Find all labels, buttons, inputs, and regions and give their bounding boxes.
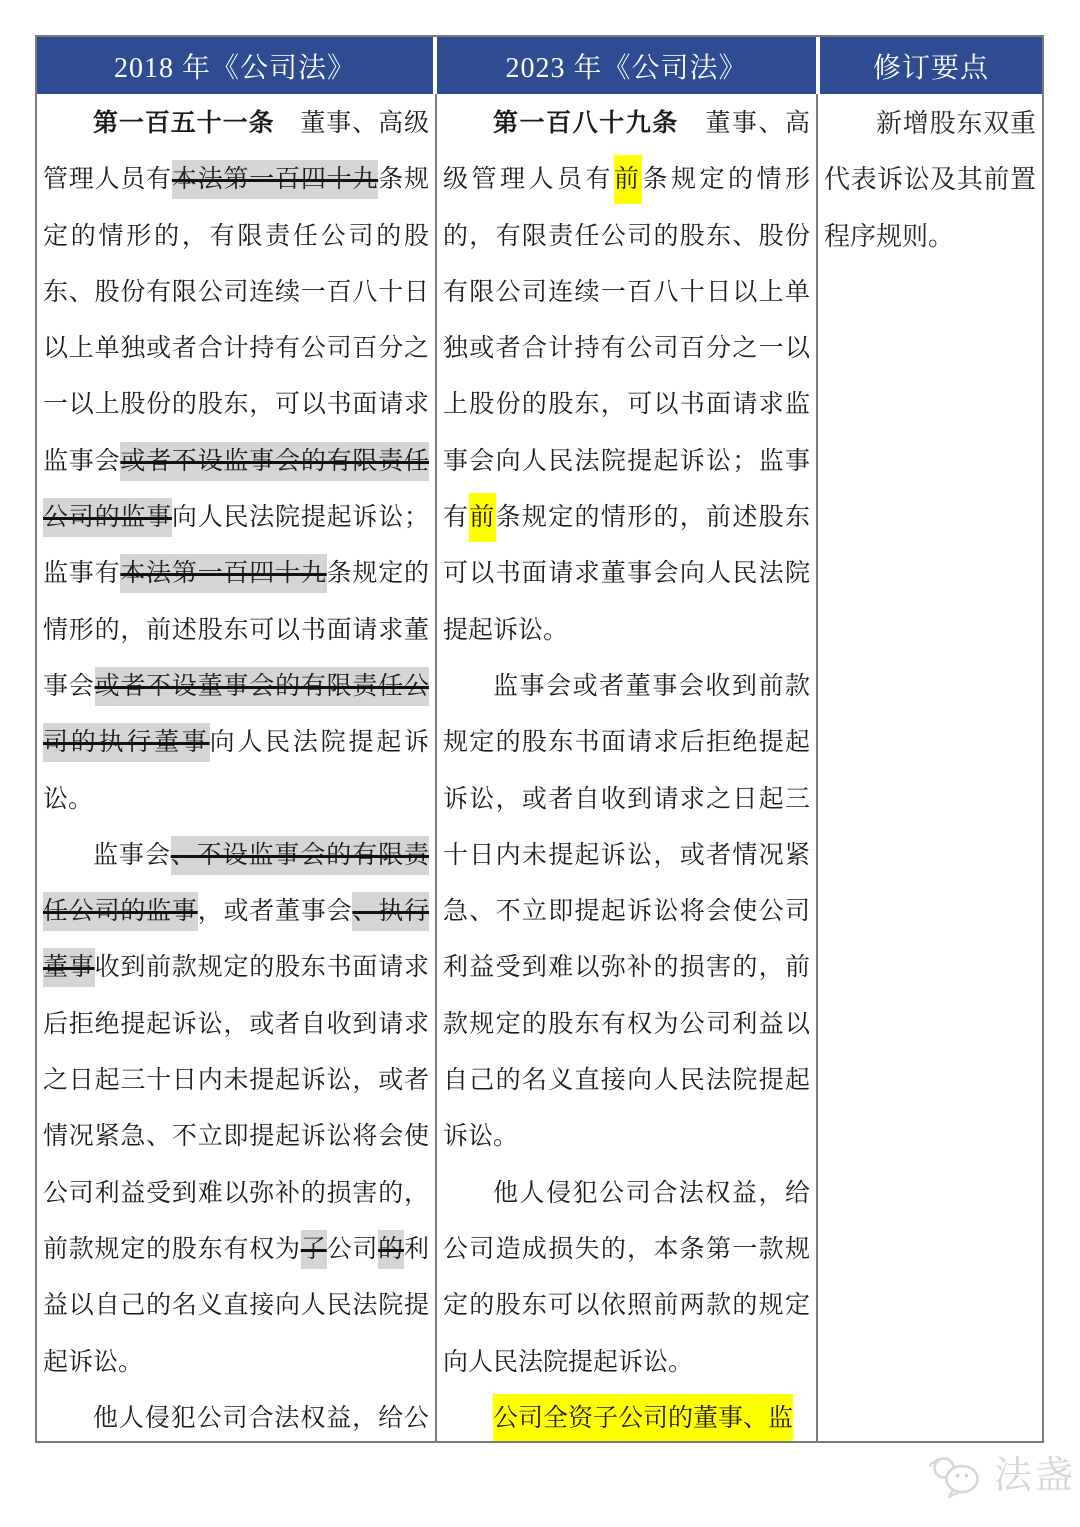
cell-revision-notes-text: 新增股东双重代表诉讼及其前置程序规则。 bbox=[816, 94, 1042, 1441]
text-segment: 监事会 bbox=[93, 842, 171, 869]
text-segment: 条规定的情形的，有限责任公司的股东、股份有限公司连续一百八十日以上单独或者合计持… bbox=[443, 166, 810, 531]
article-number: 第一百八十九条 bbox=[493, 110, 679, 137]
page: { "colors":{ "header_bg":"#2D4C92", "hea… bbox=[0, 0, 1080, 1527]
law-paragraph: 公司全资子公司的董事、监 bbox=[443, 1391, 810, 1441]
watermark-text: 法盏 bbox=[994, 1457, 1076, 1495]
text-segment: 条规定的情形的，有限责任公司的股东、股份有限公司连续一百八十日以上单独或者合计持… bbox=[43, 166, 429, 474]
text-segment: 公司 bbox=[327, 1236, 379, 1263]
law-comparison-table: 2018 年《公司法》 2023 年《公司法》 修订要点 第一百五十一条 董事、… bbox=[35, 35, 1044, 1443]
law-paragraph: 监事会、不设监事会的有限责任公司的监事，或者董事会、执行董事收到前款规定的股东书… bbox=[43, 828, 429, 1391]
added-segment: 前 bbox=[614, 155, 643, 204]
text-segment: 新增股东双重代表诉讼及其前置程序规则。 bbox=[824, 109, 1036, 251]
added-segment: 前 bbox=[469, 493, 495, 542]
text-segment: ，或者董事会 bbox=[198, 898, 353, 925]
law-paragraph: 监事会或者董事会收到前款规定的股东书面请求后拒绝提起诉讼，或者自收到请求之日起三… bbox=[443, 659, 810, 1166]
deleted-segment: 本法第一百四十九 bbox=[172, 160, 378, 199]
cell-2018-law-text: 第一百五十一条 董事、高级管理人员有本法第一百四十九条规定的情形的，有限责任公司… bbox=[37, 94, 435, 1441]
deleted-segment: 本法第一百四十九 bbox=[120, 554, 326, 593]
law-paragraph: 他人侵犯公司合法权益，给公司造成损失的，本条第一款规定的股东可以依照前两款的规定… bbox=[443, 1166, 810, 1391]
deleted-segment: 的 bbox=[378, 1230, 404, 1269]
text-segment: 监事会或者董事会收到前款规定的股东书面请求后拒绝提起诉讼，或者自收到请求之日起三… bbox=[443, 673, 810, 1150]
text-segment: 他人侵犯公司合法权益，给公司造成损失的，本条第一款规定的股东可以依照前两款的规定… bbox=[443, 1180, 810, 1376]
wechat-mascot-icon bbox=[926, 1452, 988, 1500]
law-paragraph: 他人侵犯公司合法权益，给公司造成损失的，本条第一款规定的 bbox=[43, 1391, 429, 1441]
law-paragraph: 第一百五十一条 董事、高级管理人员有本法第一百四十九条规定的情形的，有限责任公司… bbox=[43, 96, 429, 828]
header-revision-notes: 修订要点 bbox=[820, 37, 1042, 94]
table-header-row: 2018 年《公司法》 2023 年《公司法》 修订要点 bbox=[37, 37, 1042, 94]
article-number: 第一百五十一条 bbox=[93, 110, 274, 137]
header-2018-law: 2018 年《公司法》 bbox=[37, 37, 433, 94]
text-segment: 他人侵犯公司合法权益，给公司造成损失的，本条第一款规定的 bbox=[43, 1405, 429, 1441]
text-segment: 收到前款规定的股东书面请求后拒绝提起诉讼，或者自收到请求之日起三十日内未提起诉讼… bbox=[43, 954, 429, 1262]
header-2023-law: 2023 年《公司法》 bbox=[437, 37, 816, 94]
law-paragraph: 新增股东双重代表诉讼及其前置程序规则。 bbox=[824, 96, 1036, 265]
watermark: 法盏 bbox=[926, 1452, 1076, 1500]
table-body-row: 第一百五十一条 董事、高级管理人员有本法第一百四十九条规定的情形的，有限责任公司… bbox=[37, 94, 1042, 1441]
deleted-segment: 了 bbox=[301, 1230, 327, 1269]
added-segment: 公司全资子公司的董事、监 bbox=[493, 1394, 793, 1441]
text-segment: 条规定的情形的，前述股东可以书面请求董事会向人民法院提起诉讼。 bbox=[443, 504, 810, 644]
law-paragraph: 第一百八十九条 董事、高级管理人员有前条规定的情形的，有限责任公司的股东、股份有… bbox=[443, 96, 810, 659]
cell-2023-law-text: 第一百八十九条 董事、高级管理人员有前条规定的情形的，有限责任公司的股东、股份有… bbox=[435, 94, 816, 1441]
